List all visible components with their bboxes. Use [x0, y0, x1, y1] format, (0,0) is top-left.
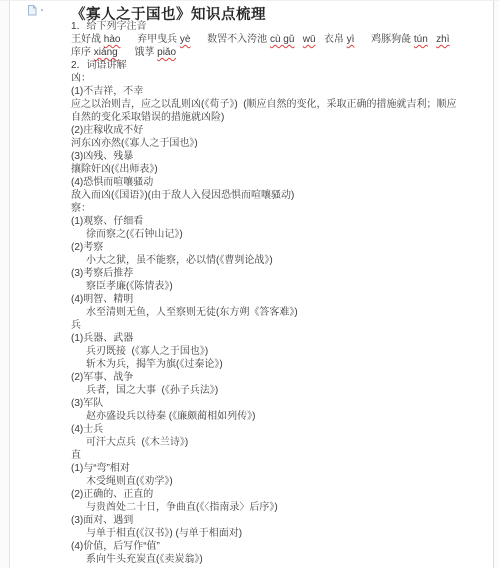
text-run: 小大之狱，虽不能察，必以情(《曹刿论战》) [86, 255, 273, 266]
text-line: (2)考察 [71, 241, 491, 254]
text-run: 赵亦盛设兵以待秦 (《廉颇蔺相如列传》) [86, 411, 255, 422]
text-run: 直 [71, 450, 81, 461]
text-run: (3)军队 [71, 398, 103, 409]
text-line: (1)兵器、武器 [71, 332, 491, 345]
text-line: 自然的变化采取错误的措施就凶险) [71, 111, 491, 124]
text-run: (3)面对、遇到 [71, 515, 133, 526]
text-line: 小大之狱，虽不能察，必以情(《曹刿论战》) [71, 254, 491, 267]
text-run: 兵刃既接 (《寡人之于国也》) [86, 346, 208, 357]
text-line: (3)凶残、残暴 [71, 150, 491, 163]
text-run: 弃甲曳兵 [120, 34, 179, 45]
text-line: 敌入而凶(《国语》)(由于敌人入侵因恐惧而喧嚷骚动) [71, 189, 491, 202]
text-line: 察： [71, 202, 491, 215]
text-run: 兵者，国之大事 (《孙子兵法》) [86, 385, 218, 396]
text-run: 自然的变化采取错误的措施就凶险) [71, 112, 224, 123]
text-run: 察： [71, 203, 91, 214]
text-run: 河东凶亦然(《寡人之于国也》) [71, 138, 198, 149]
text-run: (2)军事、战争 [71, 372, 133, 383]
text-run: 察臣孝廉(《陈情表》) [86, 281, 173, 292]
text-run: 庠序 [71, 47, 94, 58]
text-line: 2．词语讲解 [71, 59, 491, 72]
text-run: (3)考察后推荐 [71, 268, 133, 279]
text-run: 木受绳则直(《劝学》) [86, 476, 173, 487]
text-line: 河东凶亦然(《寡人之于国也》) [71, 137, 491, 150]
text-run: (1)与“弯”相对 [71, 463, 130, 474]
text-line: (4)明智、精明 [71, 293, 491, 306]
text-line: 斩木为兵，揭竿为旗(《过秦论》) [71, 358, 491, 371]
text-run [294, 34, 302, 45]
text-line: (3)军队 [71, 397, 491, 410]
page-left-margin [0, 1, 10, 568]
text-line: 徐而察之(《石钟山记》) [71, 228, 491, 241]
text-line: 系向牛头充炭直(《卖炭翁》) [71, 553, 491, 566]
pinyin-annotation: tún [414, 34, 428, 45]
text-line: (1)与“弯”相对 [71, 462, 491, 475]
text-run: (2)正确的、正直的 [71, 489, 153, 500]
text-run: 系向牛头充炭直(《卖炭翁》) [86, 554, 203, 565]
text-run: 王好战 [71, 34, 104, 45]
document-body: 1．给下列字注音王好战 hào 弃甲曳兵 yè 数罟不入洿池 cù gǔ wū … [71, 20, 491, 566]
text-line: 与贵酋处二十日，争曲直(《〈指南录〉后序》) [71, 501, 491, 514]
text-line: (2)庄稼收成不好 [71, 124, 491, 137]
pinyin-annotation: hào [104, 34, 121, 45]
pinyin-annotation: yè [180, 34, 191, 45]
text-run: 徐而察之(《石钟山记》) [86, 229, 183, 240]
text-run: 斩木为兵，揭竿为旗(《过秦论》) [86, 359, 223, 370]
text-run: 兵 [71, 320, 81, 331]
document-icon[interactable] [27, 4, 49, 17]
text-line: 与单于相直(《汉书》) (与单于相面对) [71, 527, 491, 540]
text-run: 攘除奸凶(《出师表》) [71, 164, 158, 175]
text-line: 王好战 hào 弃甲曳兵 yè 数罟不入洿池 cù gǔ wū 衣帛 yì 鸡豚… [71, 33, 491, 46]
text-run: 与单于相直(《汉书》) (与单于相面对) [86, 528, 242, 539]
text-line: (3)考察后推荐 [71, 267, 491, 280]
text-line: (4)恐惧而喧嚷骚动 [71, 176, 491, 189]
text-run: (2)庄稼收成不好 [71, 125, 143, 136]
text-line: (4)价值，后写作“值” [71, 540, 491, 553]
text-run: 鸡豚狗彘 [354, 34, 413, 45]
text-line: 赵亦盛设兵以待秦 (《廉颇蔺相如列传》) [71, 410, 491, 423]
text-run: 与贵酋处二十日，争曲直(《〈指南录〉后序》) [86, 502, 278, 513]
text-line: (1)不吉祥，不幸 [71, 85, 491, 98]
text-line: 水至清则无鱼，人至察则无徒(东方朔《答客难》) [71, 306, 491, 319]
text-run: (3)凶残、残暴 [71, 151, 133, 162]
text-run: 饿莩 [118, 47, 157, 58]
text-line: (3)面对、遇到 [71, 514, 491, 527]
text-run: (1)观察、仔细看 [71, 216, 143, 227]
text-line: 攘除奸凶(《出师表》) [71, 163, 491, 176]
pinyin-annotation: xiáng [94, 47, 118, 58]
text-run: (4)明智、精明 [71, 294, 133, 305]
text-run: (1)兵器、武器 [71, 333, 133, 344]
text-line: 兵者，国之大事 (《孙子兵法》) [71, 384, 491, 397]
text-run: 1．给下列字注音 [71, 21, 147, 32]
text-line: (4)士兵 [71, 423, 491, 436]
text-line: (2)军事、战争 [71, 371, 491, 384]
text-run: 水至清则无鱼，人至察则无徒(东方朔《答客难》) [86, 307, 298, 318]
text-run: 衣帛 [316, 34, 347, 45]
text-line: 1．给下列字注音 [71, 20, 491, 33]
text-line: (2)正确的、正直的 [71, 488, 491, 501]
text-line: 凶： [71, 72, 491, 85]
text-run: 敌入而凶(《国语》)(由于敌人入侵因恐惧而喧嚷骚动) [71, 190, 294, 201]
text-line: 应之以治则吉，应之以乱则凶(《荀子》) (顺应自然的变化，采取正确的措施就吉利；… [71, 98, 491, 111]
text-run: 凶： [71, 73, 91, 84]
text-line: 可汗大点兵 (《木兰诗》) [71, 436, 491, 449]
text-line: (1)观察、仔细看 [71, 215, 491, 228]
text-line: 木受绳则直(《劝学》) [71, 475, 491, 488]
text-run: (4)价值，后写作“值” [71, 541, 160, 552]
text-run: (1)不吉祥，不幸 [71, 86, 143, 97]
text-run: (2)考察 [71, 242, 103, 253]
text-run: (4)恐惧而喧嚷骚动 [71, 177, 153, 188]
pinyin-annotation: piǎo [157, 47, 176, 58]
text-line: 兵刃既接 (《寡人之于国也》) [71, 345, 491, 358]
text-run: 应之以治则吉，应之以乱则凶(《荀子》) (顺应自然的变化，采取正确的措施就吉利；… [71, 99, 457, 110]
text-line: 察臣孝廉(《陈情表》) [71, 280, 491, 293]
text-run: 可汗大点兵 (《木兰诗》) [86, 437, 188, 448]
text-run: 2．词语讲解 [71, 60, 127, 71]
text-run [428, 34, 436, 45]
document-page: 《寡人之于国也》知识点梳理 1．给下列字注音王好战 hào 弃甲曳兵 yè 数罟… [0, 0, 499, 568]
text-line: 庠序 xiáng 饿莩 piǎo [71, 46, 491, 59]
pinyin-annotation: cù gǔ [270, 34, 294, 45]
pinyin-annotation: zhì [436, 34, 449, 45]
text-run: (4)士兵 [71, 424, 103, 435]
page-right-margin [493, 1, 499, 568]
text-run: 数罟不入洿池 [190, 34, 269, 45]
pinyin-annotation: wū [303, 34, 316, 45]
text-line: 兵 [71, 319, 491, 332]
text-line: 直 [71, 449, 491, 462]
